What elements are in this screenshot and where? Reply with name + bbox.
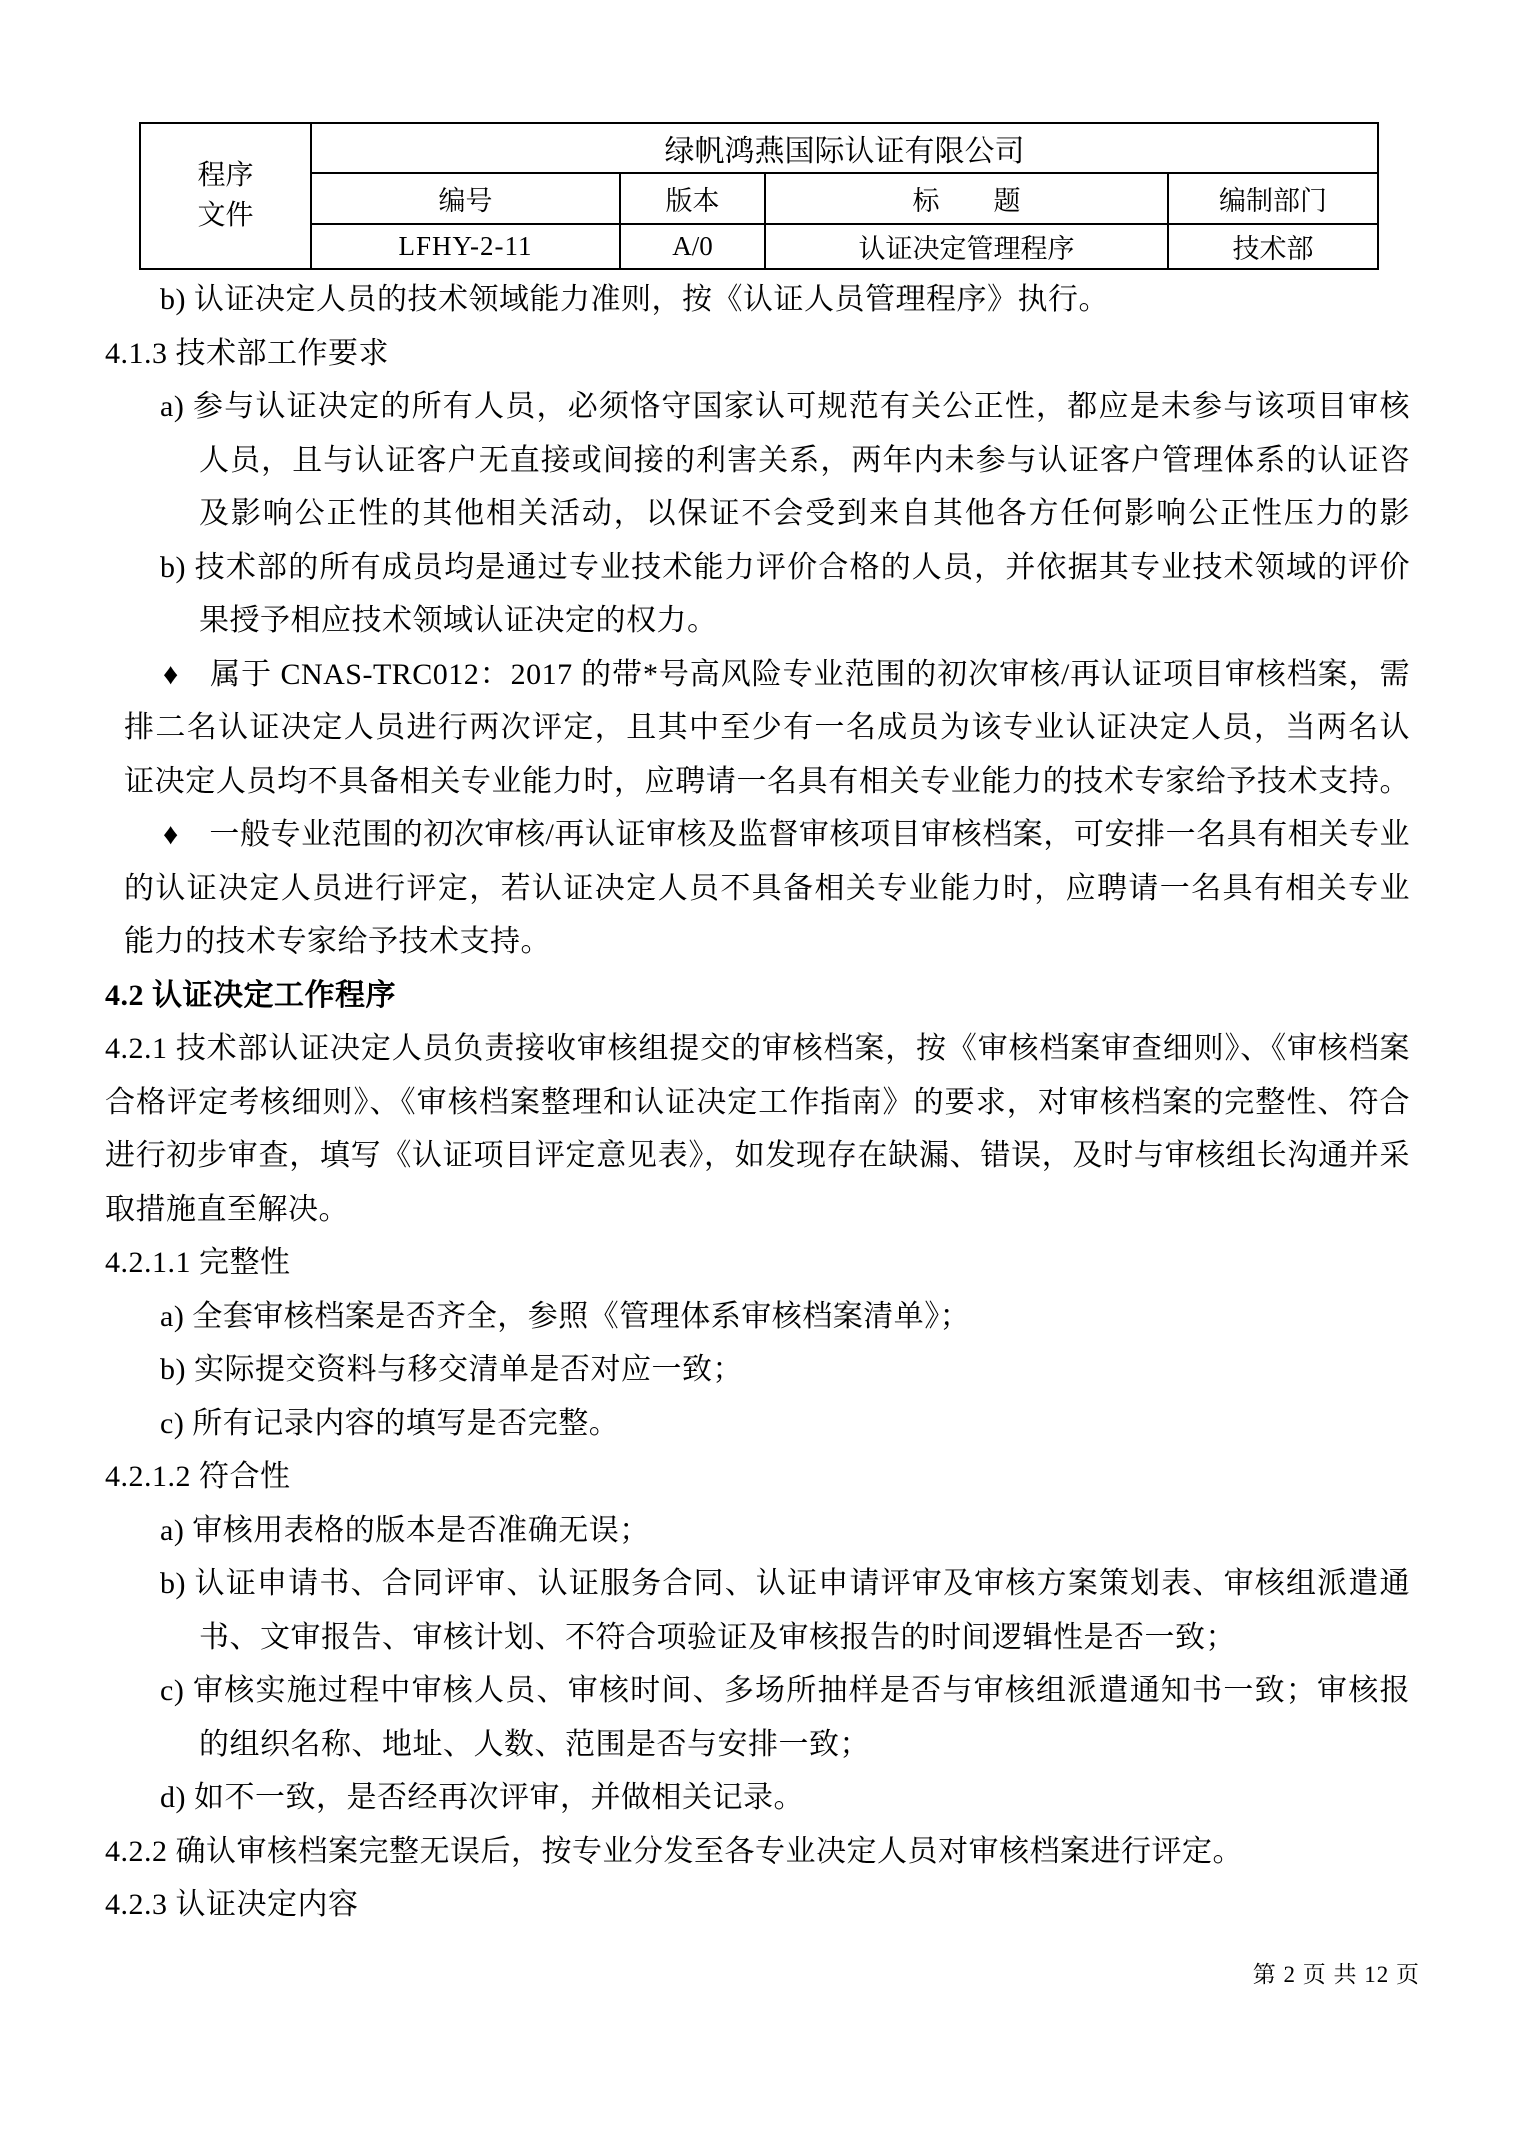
document-page: 程序 文件 绿帆鸿燕国际认证有限公司 编号 版本 标 题 编制部门 LFHY-2…: [0, 0, 1514, 2140]
dept-value-cell: 技术部: [1168, 224, 1378, 269]
title-label-cell: 标 题: [765, 173, 1168, 224]
body-line: ♦ 一般专业范围的初次审核/再认证审核及监督审核项目审核档案，可安排一名具有相关…: [163, 808, 1410, 862]
dept-label-cell: 编制部门: [1168, 173, 1378, 224]
body-line: 人员，且与认证客户无直接或间接的利害关系，两年内未参与认证客户管理体系的认证咨询: [199, 434, 1410, 488]
body-line: d) 如不一致，是否经再次评审，并做相关记录。: [160, 1771, 1410, 1825]
body-line: 的认证决定人员进行评定，若认证决定人员不具备相关专业能力时，应聘请一名具有相关专…: [124, 862, 1410, 916]
title-value-cell: 认证决定管理程序: [765, 224, 1168, 269]
body-line: b) 技术部的所有成员均是通过专业技术能力评价合格的人员，并依据其专业技术领域的…: [160, 541, 1410, 595]
code-value-cell: LFHY-2-11: [311, 224, 620, 269]
body-line: 取措施直至解决。: [105, 1183, 1410, 1237]
body-line: 的组织名称、地址、人数、范围是否与安排一致；: [199, 1718, 1410, 1772]
body-line: 书、文审报告、审核计划、不符合项验证及审核报告的时间逻辑性是否一致；: [199, 1611, 1410, 1665]
body-line: 排二名认证决定人员进行两次评定，且其中至少有一名成员为该专业认证决定人员，当两名…: [124, 701, 1410, 755]
body-line: b) 认证决定人员的技术领域能力准则，按《认证人员管理程序》执行。: [160, 273, 1410, 327]
body-line: a) 全套审核档案是否齐全，参照《管理体系审核档案清单》；: [160, 1290, 1410, 1344]
body-line: b) 认证申请书、合同评审、认证服务合同、认证申请评审及审核方案策划表、审核组派…: [160, 1557, 1410, 1611]
version-label-cell: 版本: [620, 173, 765, 224]
body-line: 4.2.1 技术部认证决定人员负责接收审核组提交的审核档案，按《审核档案审查细则…: [105, 1022, 1410, 1076]
body-line: a) 审核用表格的版本是否准确无误；: [160, 1504, 1410, 1558]
body-line: 证决定人员均不具备相关专业能力时，应聘请一名具有相关专业能力的技术专家给予技术支…: [124, 755, 1410, 809]
doc-type-cell: 程序 文件: [140, 123, 311, 269]
body-line: 合格评定考核细则》、《审核档案整理和认证决定工作指南》的要求，对审核档案的完整性…: [105, 1076, 1410, 1130]
body-line: a) 参与认证决定的所有人员，必须恪守国家认可规范有关公正性，都应是未参与该项目…: [160, 380, 1410, 434]
body-line: c) 所有记录内容的填写是否完整。: [160, 1397, 1410, 1451]
body-line: 4.2 认证决定工作程序: [105, 969, 1410, 1023]
body-line: 4.2.1.2 符合性: [105, 1450, 1410, 1504]
body-line: 进行初步审查，填写《认证项目评定意见表》，如发现存在缺漏、错误，及时与审核组长沟…: [105, 1129, 1410, 1183]
page-number-footer: 第 2 页 共 12 页: [1253, 1956, 1420, 1989]
body-line: ♦ 属于 CNAS-TRC012：2017 的带*号高风险专业范围的初次审核/再…: [163, 648, 1410, 702]
document-header-table: 程序 文件 绿帆鸿燕国际认证有限公司 编号 版本 标 题 编制部门 LFHY-2…: [139, 122, 1379, 270]
company-name-cell: 绿帆鸿燕国际认证有限公司: [311, 123, 1378, 173]
version-value-cell: A/0: [620, 224, 765, 269]
body-line: 及影响公正性的其他相关活动，以保证不会受到来自其他各方任何影响公正性压力的影响；: [199, 487, 1410, 541]
document-body: b) 认证决定人员的技术领域能力准则，按《认证人员管理程序》执行。4.1.3 技…: [105, 273, 1410, 1932]
body-line: 4.2.1.1 完整性: [105, 1236, 1410, 1290]
code-label-cell: 编号: [311, 173, 620, 224]
body-line: c) 审核实施过程中审核人员、审核时间、多场所抽样是否与审核组派遣通知书一致；审…: [160, 1664, 1410, 1718]
body-line: 果授予相应技术领域认证决定的权力。: [199, 594, 1410, 648]
body-line: 4.2.3 认证决定内容: [105, 1878, 1410, 1932]
body-line: 4.1.3 技术部工作要求: [105, 327, 1410, 381]
body-line: 能力的技术专家给予技术支持。: [124, 915, 1410, 969]
body-line: 4.2.2 确认审核档案完整无误后，按专业分发至各专业决定人员对审核档案进行评定…: [105, 1825, 1410, 1879]
body-line: b) 实际提交资料与移交清单是否对应一致；: [160, 1343, 1410, 1397]
